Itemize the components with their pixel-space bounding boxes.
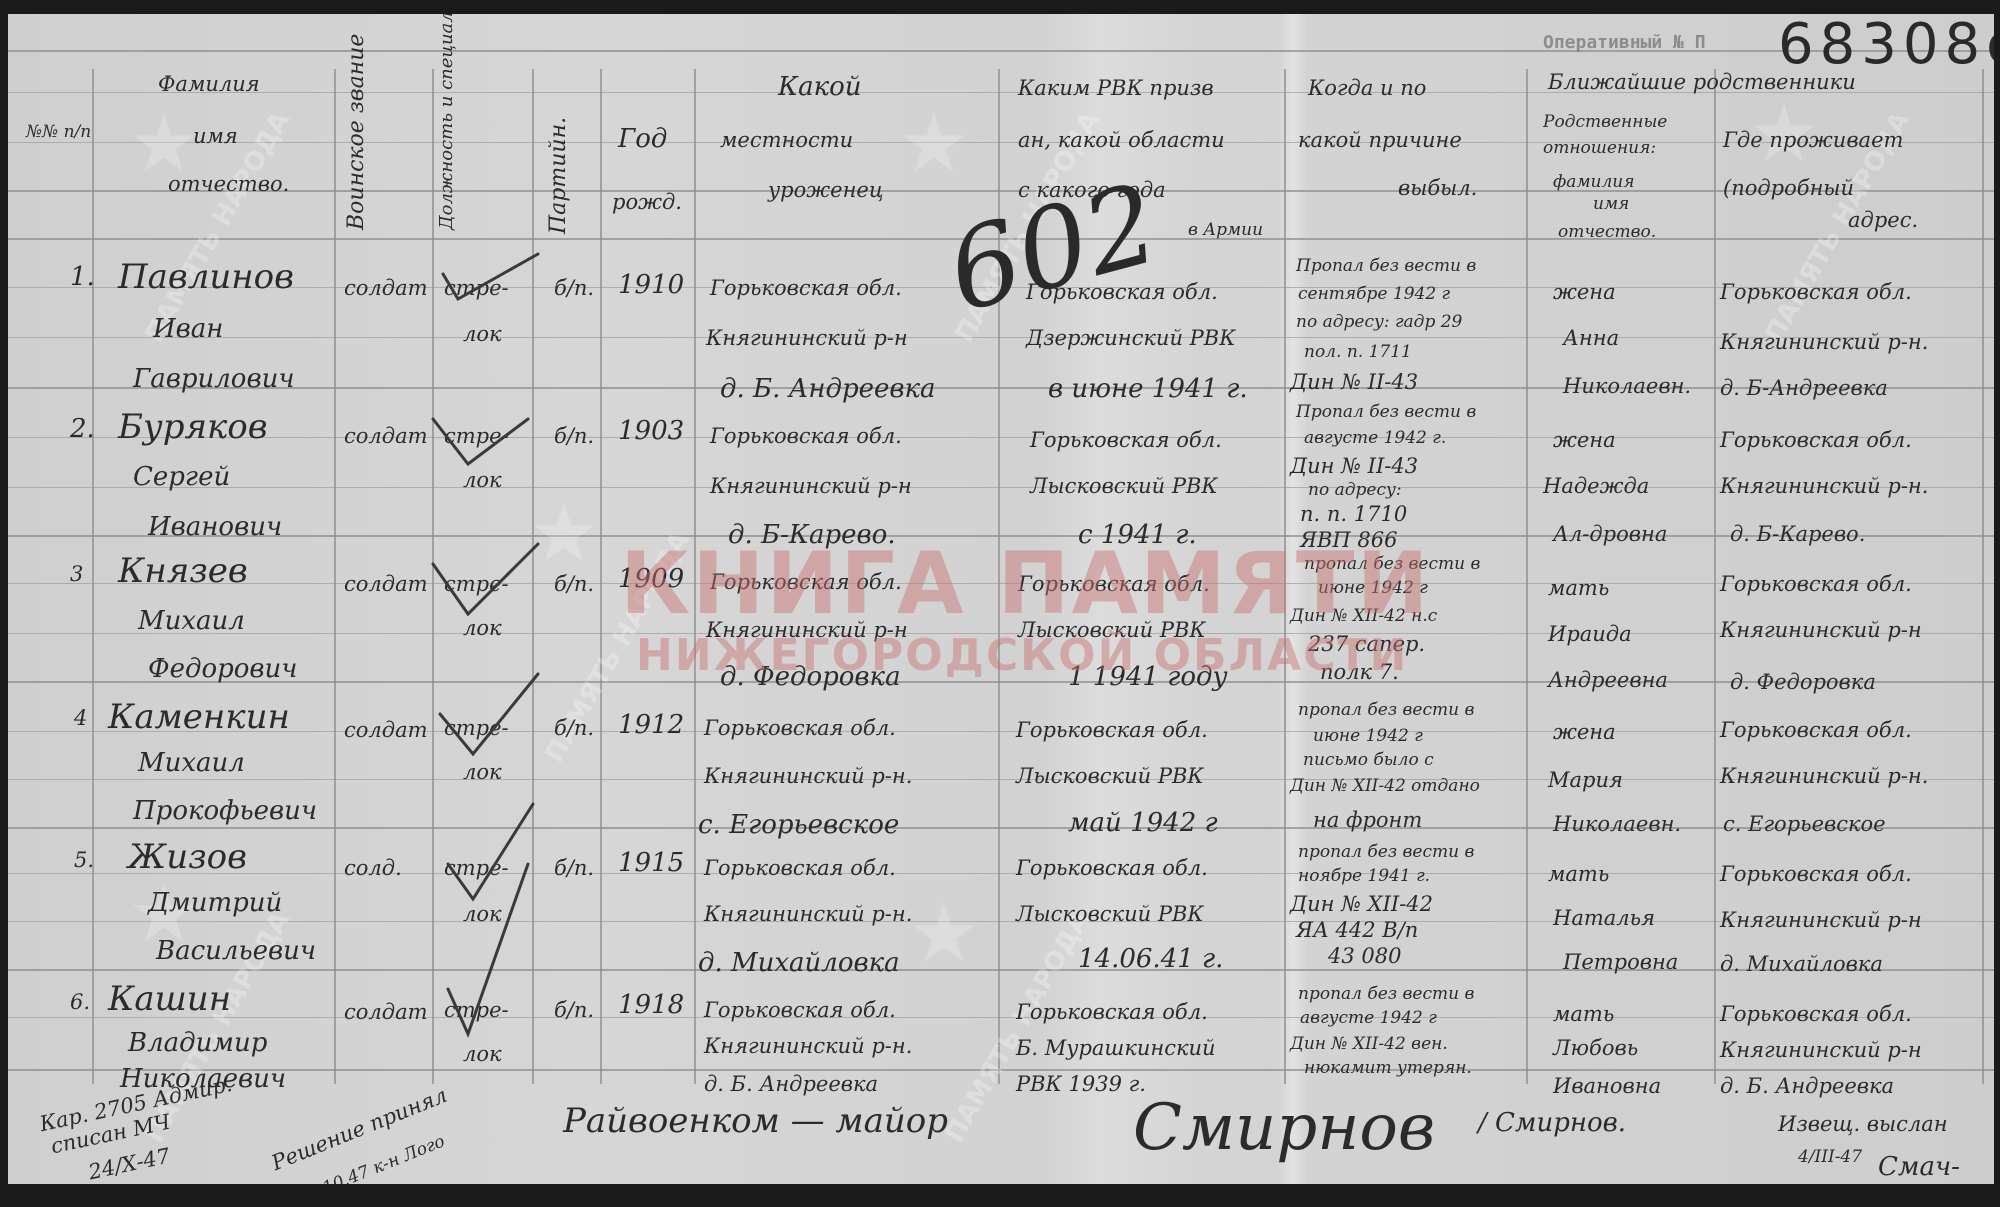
address: Княгининский р-н.	[1720, 766, 1928, 787]
birthplace: Княгининский р-н.	[704, 1036, 912, 1057]
footer-note-right: 4/III-47	[1798, 1149, 1862, 1166]
row-number: 3	[70, 564, 83, 585]
relative: Любовь	[1553, 1038, 1638, 1059]
first-name: Сергей	[133, 464, 230, 490]
address: Горьковская обл.	[1720, 574, 1912, 595]
header-birthplace: местности	[720, 130, 853, 151]
fate: ноябре 1941 г.	[1298, 868, 1430, 885]
footer-note-center: Решение принял	[269, 1085, 450, 1175]
header-name-line: имя	[193, 126, 238, 147]
row-number: 5.	[74, 850, 94, 871]
column-line	[92, 69, 94, 1084]
fate: июне 1942 г	[1313, 728, 1423, 745]
rule-line	[8, 873, 1994, 874]
header-birth-year: рожд.	[612, 192, 682, 213]
rule-line	[8, 487, 1994, 488]
relative: жена	[1553, 282, 1616, 303]
fate: августе 1942 г	[1300, 1010, 1437, 1027]
rule-line	[8, 437, 1994, 438]
fate: Пропал без вести в	[1296, 258, 1476, 275]
birthplace: с. Егорьевское	[698, 812, 899, 838]
birthplace: Горьковская обл.	[704, 858, 896, 879]
first-name: Михаил	[138, 750, 245, 776]
relative: Наталья	[1553, 908, 1655, 929]
surname: Жизов	[128, 840, 247, 874]
relative: Петровна	[1563, 952, 1678, 973]
address: д. Михайловка	[1720, 954, 1883, 975]
rank: солдат	[344, 1002, 428, 1023]
first-name: Иван	[153, 316, 223, 342]
header-relative-name: Родственные	[1543, 114, 1667, 131]
relative: Андреевна	[1548, 670, 1668, 691]
position: лок	[463, 1044, 502, 1065]
patronymic: Прокофьевич	[133, 798, 317, 824]
header-party: Партийн.	[548, 94, 570, 234]
fate: Пропал без вести в	[1296, 404, 1476, 421]
birthplace: д. Б. Андреевка	[720, 376, 936, 402]
row-number: 6.	[70, 992, 90, 1013]
first-name: Дмитрий	[148, 890, 282, 916]
header-birthplace: уроженец	[768, 180, 883, 201]
relative: мать	[1553, 1004, 1614, 1025]
relative: Ивановна	[1553, 1076, 1661, 1097]
rule-line	[8, 779, 1994, 780]
star-watermark-icon: ★	[908, 894, 980, 974]
footer-note-right: Извещ. выслан	[1778, 1114, 1948, 1135]
fate: Дин № II-43	[1290, 456, 1418, 477]
header-birth-year: Год	[618, 126, 667, 152]
header-address: (подробный	[1723, 178, 1854, 199]
fate: 43 080	[1328, 946, 1401, 967]
birthplace: Горьковская обл.	[710, 278, 902, 299]
rank: солдат	[344, 426, 428, 447]
relative: мать	[1548, 864, 1609, 885]
patronymic: Васильевич	[156, 938, 316, 964]
fate: на фронт	[1313, 810, 1422, 831]
fate: пропал без вести в	[1298, 844, 1474, 861]
rule-line	[8, 190, 1994, 192]
header-rank: Воинское звание	[346, 70, 368, 230]
address: д. Б-Андреевка	[1720, 378, 1888, 399]
relative: Николаевн.	[1563, 376, 1691, 397]
rule-line	[8, 1017, 1994, 1018]
surname: Буряков	[118, 410, 268, 444]
draft-office: Горьковская обл.	[1016, 858, 1208, 879]
birth-year: 1918	[618, 992, 684, 1018]
header-address: адрес.	[1848, 210, 1918, 231]
relative: мать	[1548, 578, 1609, 599]
surname: Каменкин	[108, 700, 290, 734]
column-line	[334, 69, 336, 1084]
column-line	[1714, 69, 1716, 1084]
watermark-title: КНИГА ПАМЯТИ	[620, 534, 1431, 634]
birthplace: Княгининский р-н.	[704, 904, 912, 925]
fate: по адресу: гадр 29	[1296, 314, 1462, 331]
signature-name: / Смирнов.	[1478, 1110, 1626, 1136]
header-draft: Каким РВК призв	[1018, 78, 1214, 99]
draft-office: Б. Мурашкинский	[1016, 1038, 1216, 1059]
address: Горьковская обл.	[1720, 430, 1912, 451]
draft-office: Лысковский РВК	[1030, 476, 1218, 497]
draft-office: Дзержинский РВК	[1026, 328, 1235, 349]
fate: Дин № XII-42	[1290, 894, 1433, 915]
draft-office: 14.06.41 г.	[1078, 946, 1223, 972]
rank: солд.	[344, 858, 402, 879]
address: д. Федоровка	[1730, 672, 1876, 693]
draft-office: Горьковская обл.	[1030, 430, 1222, 451]
rank: солдат	[344, 278, 428, 299]
footer-note-left: 24/Х-47	[87, 1146, 172, 1184]
birthplace: Горьковская обл.	[710, 426, 902, 447]
column-line	[1526, 69, 1528, 1084]
rank: солдат	[344, 574, 428, 595]
fate: Дин № II-43	[1290, 372, 1418, 393]
row-divider	[8, 827, 1994, 829]
first-name: Михаил	[138, 608, 245, 634]
patronymic: Федорович	[148, 656, 297, 682]
rule-line	[8, 731, 1994, 732]
fate: по адресу:	[1308, 482, 1402, 499]
row-number: 4	[74, 708, 87, 729]
watermark-subtitle: НИЖЕГОРОДСКОЙ ОБЛАСТИ	[636, 630, 1408, 681]
header-when-why: выбыл.	[1398, 178, 1477, 199]
header-draft: в Армии	[1188, 222, 1263, 239]
fate: Дин № XII-42 отдано	[1290, 778, 1480, 795]
address: Горьковская обл.	[1720, 720, 1912, 741]
relative: Мария	[1548, 770, 1623, 791]
relative: Николаевн.	[1553, 814, 1681, 835]
address: Горьковская обл.	[1720, 864, 1912, 885]
relative: Ираида	[1548, 624, 1632, 645]
header-position: Должность и специальн.	[438, 70, 456, 230]
birth-year: 1903	[618, 418, 684, 444]
address: Княгининский р-н	[1720, 910, 1922, 931]
draft-office: Лысковский РВК	[1016, 766, 1204, 787]
relative: жена	[1553, 722, 1616, 743]
birthplace: Княгининский р-н	[710, 476, 912, 497]
surname: Кашин	[108, 982, 231, 1016]
row-divider	[8, 969, 1994, 971]
rank: солдат	[344, 720, 428, 741]
draft-office: май 1942 г	[1068, 810, 1218, 836]
draft-office: Горьковская обл.	[1026, 282, 1218, 303]
row-divider	[8, 387, 1994, 389]
address: Княгининский р-н.	[1720, 476, 1928, 497]
address: Горьковская обл.	[1720, 282, 1912, 303]
draft-office: в июне 1941 г.	[1048, 376, 1248, 402]
column-line	[1982, 69, 1984, 1084]
relative: жена	[1553, 430, 1616, 451]
birth-year: 1910	[618, 272, 684, 298]
archive-number: 68308с	[1778, 14, 1994, 77]
fate: сентябре 1942 г	[1298, 286, 1450, 303]
fate: нюкамит утерян.	[1304, 1060, 1472, 1077]
header-name-line: Фамилия	[158, 74, 260, 95]
draft-office: Лысковский РВК	[1016, 904, 1204, 925]
relative: Ал-дровна	[1553, 524, 1667, 545]
address: Княгининский р-н	[1720, 620, 1922, 641]
rule-line	[8, 337, 1994, 338]
fate: п. п. 1710	[1300, 504, 1407, 525]
address: Княгининский р-н	[1720, 1040, 1922, 1061]
address: д. Б-Карево.	[1730, 524, 1865, 545]
address: с. Егорьевское	[1723, 814, 1886, 835]
signature-title: Райвоенком — майор	[563, 1104, 948, 1138]
rule-line	[8, 142, 1994, 143]
draft-office: Горьковская обл.	[1016, 720, 1208, 741]
column-line	[600, 69, 602, 1084]
fate: пропал без вести в	[1298, 986, 1474, 1003]
header-relative-name: фамилия	[1553, 174, 1635, 191]
archive-stamp: Оперативный № П	[1543, 32, 1706, 53]
address: Горьковская обл.	[1720, 1004, 1912, 1025]
header-address: Где проживает	[1723, 130, 1903, 151]
surname: Павлинов	[118, 260, 294, 294]
fate: Дин № XII-42 вен.	[1290, 1036, 1448, 1053]
relative: Анна	[1563, 328, 1619, 349]
header-relative-name: отчество.	[1558, 224, 1656, 241]
birthplace: д. Михайловка	[698, 950, 900, 976]
footer-note-right: Смач-	[1878, 1154, 1960, 1180]
address: д. Б. Андреевка	[1720, 1076, 1894, 1097]
row-number: 2.	[70, 416, 95, 442]
header-name-line: отчество.	[168, 174, 289, 195]
birth-year: 1915	[618, 850, 684, 876]
patronymic: Иванович	[148, 514, 282, 540]
first-name: Владимир	[128, 1030, 267, 1056]
fate: августе 1942 г.	[1304, 430, 1446, 447]
check-marks-icon	[428, 244, 578, 1044]
header-when-why: какой причине	[1298, 130, 1462, 151]
header-relatives-group: Ближайшие родственники	[1548, 72, 1856, 93]
header-when-why: Когда и по	[1308, 78, 1426, 99]
signature: Смирнов	[1133, 1096, 1435, 1160]
birthplace: Горьковская обл.	[704, 718, 896, 739]
row-divider	[8, 681, 1994, 683]
birth-year: 1912	[618, 712, 684, 738]
relative: Надежда	[1543, 476, 1649, 497]
address: Княгининский р-н.	[1720, 332, 1928, 353]
header-relative-name: имя	[1593, 196, 1629, 213]
row-number: 1.	[70, 264, 95, 290]
document-page: ★ ★ ★ ★ ★ ★ ПАМЯТЬ НАРОДА ПАМЯТЬ НАРОДА …	[8, 14, 1994, 1184]
fate: письмо было с	[1303, 752, 1434, 769]
header-num: №№ п/п	[26, 124, 91, 141]
draft-office: РВК 1939 г.	[1016, 1074, 1146, 1095]
birthplace: Горьковская обл.	[704, 1000, 896, 1021]
star-watermark-icon: ★	[898, 104, 970, 184]
rule-line	[8, 921, 1994, 922]
header-draft: ан, какой области	[1018, 130, 1225, 151]
header-relative-name: отношения:	[1543, 140, 1656, 157]
draft-office: Горьковская обл.	[1016, 1002, 1208, 1023]
birthplace: Княгининский р-н	[706, 328, 908, 349]
birthplace: Княгининский р-н.	[704, 766, 912, 787]
fate: пропал без вести в	[1298, 702, 1474, 719]
header-birthplace: Какой	[778, 74, 862, 100]
fate: ЯА 442 В/п	[1296, 920, 1418, 941]
fate: пол. п. 1711	[1304, 344, 1412, 361]
margin-mark: 602	[935, 159, 1171, 337]
birthplace: д. Б. Андреевка	[704, 1074, 878, 1095]
patronymic: Гаврилович	[133, 366, 295, 392]
surname: Князев	[118, 554, 248, 588]
